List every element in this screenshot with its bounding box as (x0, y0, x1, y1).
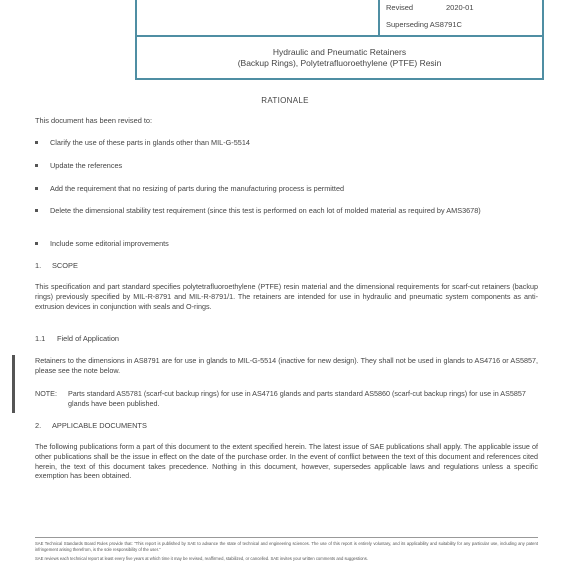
superseding-label: Superseding (386, 20, 428, 29)
subsection-field-of-application-heading: 1.1Field of Application (35, 334, 119, 343)
footer-disclaimer: SAE Technical Standards Board Rules prov… (35, 541, 538, 552)
field-of-application-paragraph: Retainers to the dimensions in AS8791 ar… (35, 356, 538, 376)
document-header-box: Revised2020-01 Superseding AS8791C Hydra… (135, 0, 544, 80)
rationale-heading: RATIONALE (0, 96, 570, 105)
bullet-icon (35, 164, 38, 167)
revised-value: 2020-01 (446, 3, 474, 12)
rationale-bullet: Include some editorial improvements (35, 239, 538, 249)
rationale-bullet: Clarify the use of these parts in glands… (35, 138, 538, 148)
revision-change-bar (12, 355, 15, 413)
rationale-bullet: Update the references (35, 161, 538, 171)
header-top-row: Revised2020-01 Superseding AS8791C (137, 0, 542, 37)
title-line-1: Hydraulic and Pneumatic Retainers (137, 47, 542, 58)
bullet-icon (35, 209, 38, 212)
revised-row: Revised2020-01 (386, 3, 474, 12)
applicable-documents-paragraph: The following publications form a part o… (35, 442, 538, 481)
section-applicable-documents-heading: 2.APPLICABLE DOCUMENTS (35, 421, 147, 430)
note-label: NOTE: (35, 389, 57, 399)
bullet-icon (35, 187, 38, 190)
title-line-2: (Backup Rings), Polytetrafluoroethylene … (137, 58, 542, 69)
document-title: Hydraulic and Pneumatic Retainers (Backu… (137, 37, 542, 78)
footer-review-notice: SAE reviews each technical report at lea… (35, 556, 538, 562)
note-block: NOTE: Parts standard AS5781 (scarf-cut b… (35, 389, 538, 409)
rationale-bullet: Add the requirement that no resizing of … (35, 184, 538, 194)
superseding-row: Superseding AS8791C (386, 20, 462, 29)
bullet-icon (35, 141, 38, 144)
footer-divider (35, 537, 538, 538)
rationale-intro: This document has been revised to: (35, 116, 538, 126)
revised-label: Revised (386, 3, 446, 12)
scope-paragraph: This specification and part standard spe… (35, 282, 538, 311)
bullet-icon (35, 242, 38, 245)
superseding-value: AS8791C (430, 20, 462, 29)
section-scope-heading: 1.SCOPE (35, 261, 78, 270)
rationale-bullet: Delete the dimensional stability test re… (35, 206, 538, 216)
note-text: Parts standard AS5781 (scarf-cut backup … (35, 389, 538, 409)
revision-meta-cell: Revised2020-01 Superseding AS8791C (378, 0, 546, 35)
